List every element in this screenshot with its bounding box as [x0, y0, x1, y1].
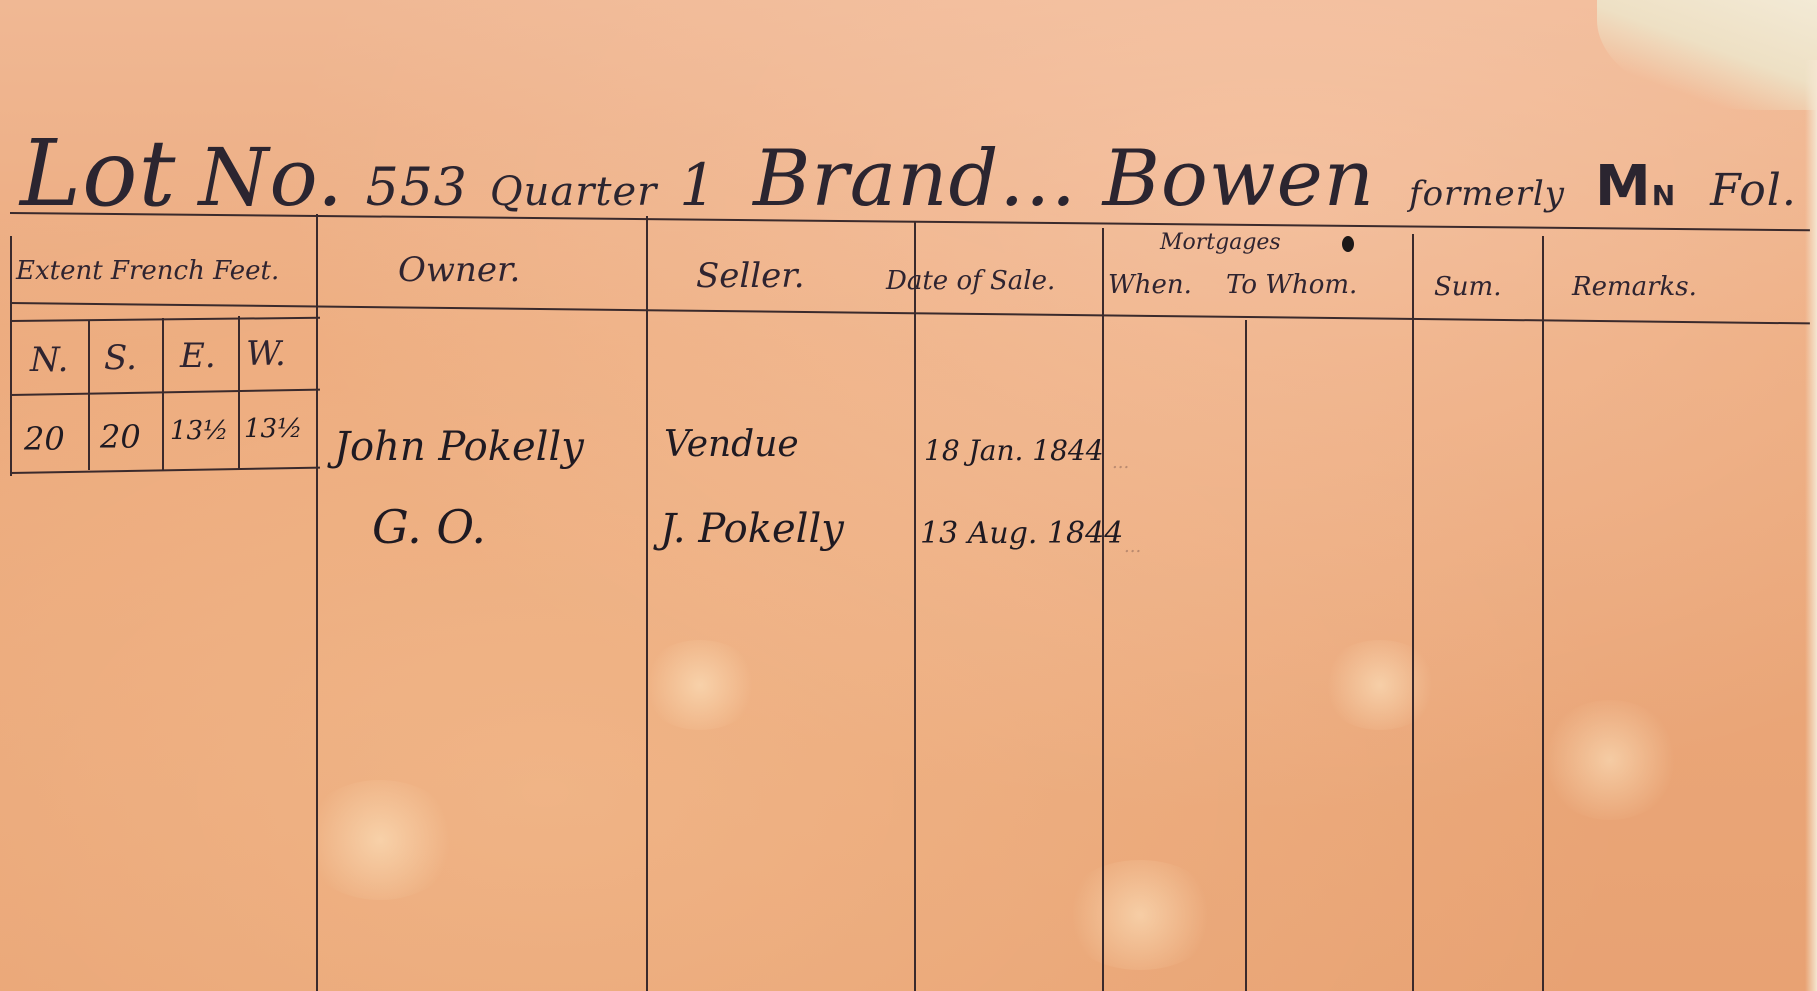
folio-label: Fol. [1710, 165, 1797, 216]
lot-number: 553 [366, 158, 468, 218]
col-rule [1412, 234, 1414, 991]
entry-2-date-of-sale: 13 Aug. 1844 [920, 516, 1123, 551]
extent-sub-rule [10, 317, 320, 322]
ledger-page: Lot No. 553 Quarter 1 Brand... Bowen for… [0, 0, 1817, 991]
entry-2-owner: G. O. [372, 500, 486, 554]
entry-2-seller: J. Pokelly [660, 506, 844, 552]
quarter-label: Quarter [490, 169, 657, 215]
register-mark-sub: N [1652, 179, 1676, 212]
col-rule [316, 214, 318, 991]
header-sum: Sum. [1434, 272, 1501, 302]
header-extent: Extent French Feet. [16, 256, 279, 286]
entry-1-extent-e: 13½ [170, 416, 228, 446]
page-heading: Lot No. 553 Quarter 1 Brand... Bowen for… [0, 0, 1817, 215]
register-mark: M [1595, 154, 1652, 219]
header-mortgages: Mortgages [1160, 230, 1281, 255]
extent-sub-rule-2 [10, 389, 320, 396]
quarter-number: 1 [679, 151, 717, 219]
header-seller: Seller. [696, 256, 805, 296]
lot-title: Lot No. 553 Quarter 1 Brand... Bowen for… [20, 120, 1817, 227]
number-label: No. [198, 131, 343, 224]
entry-1-extent-n: 20 [24, 420, 65, 458]
extent-sub-rule-3 [10, 467, 320, 474]
paper-stain [1060, 860, 1220, 970]
extent-col-rule [238, 316, 240, 470]
paper-stain [1540, 700, 1680, 820]
bleedthrough-text: ... [1124, 536, 1141, 557]
paper-stain [300, 780, 460, 900]
header-extent-n: N. [30, 340, 68, 380]
header-extent-w: W. [246, 334, 286, 374]
lot-label: Lot [20, 120, 176, 227]
entry-1-seller: Vendue [664, 424, 799, 465]
col-rule [914, 222, 916, 991]
col-rule [1542, 236, 1544, 991]
header-mortgage-to-whom: To Whom. [1226, 270, 1357, 300]
header-owner: Owner. [398, 250, 520, 290]
col-rule [1245, 320, 1247, 991]
header-bottom-rule [10, 302, 1810, 324]
place-name: Brand... Bowen [753, 134, 1375, 224]
entry-1-extent-w: 13½ [244, 414, 302, 444]
bleedthrough-text: ... [1112, 452, 1129, 473]
entry-1-extent-s: 20 [100, 418, 141, 456]
col-rule [1102, 228, 1104, 991]
col-rule [646, 216, 648, 991]
extent-col-rule [88, 320, 90, 470]
header-date-of-sale: Date of Sale. [886, 266, 1055, 296]
header-remarks: Remarks. [1572, 272, 1697, 302]
header-mortgage-when: When. [1108, 270, 1192, 300]
paper-stain [1320, 640, 1440, 730]
header-extent-s: S. [104, 338, 137, 378]
header-extent-e: E. [180, 336, 216, 376]
ink-blot [1342, 236, 1354, 252]
paper-stain [640, 640, 760, 730]
entry-1-date-of-sale: 18 Jan. 1844 [924, 434, 1104, 467]
col-rule [10, 236, 12, 476]
formerly-label: formerly [1409, 174, 1565, 214]
entry-1-owner: John Pokelly [334, 424, 584, 470]
extent-col-rule [162, 318, 164, 470]
